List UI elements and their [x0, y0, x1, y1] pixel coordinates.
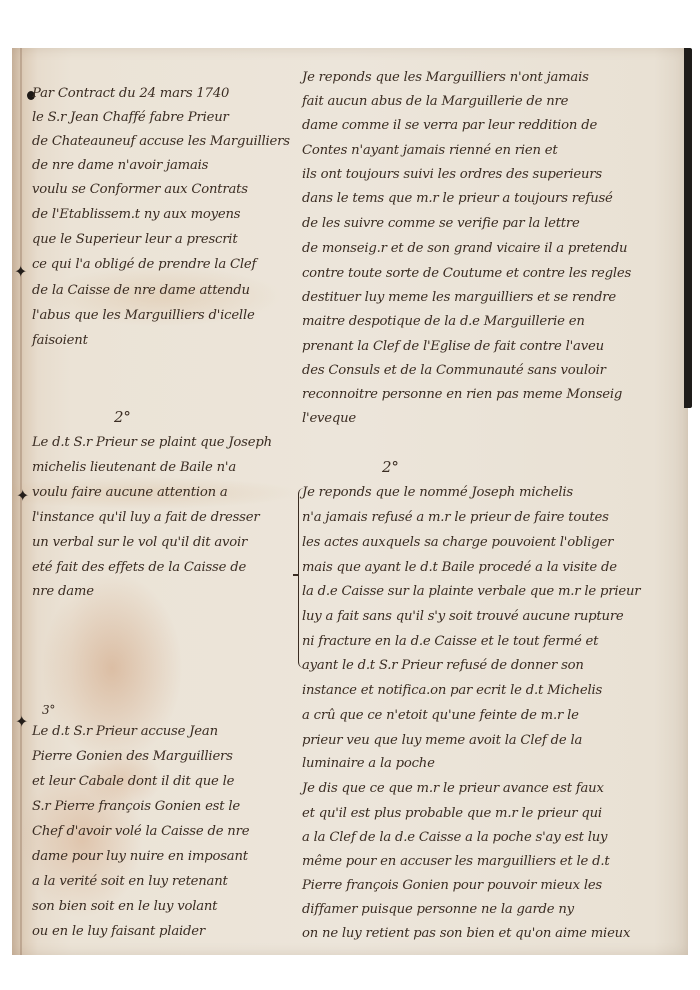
- right-s1-line-14: reconnoitre personne en rien pas meme Mo…: [302, 387, 622, 402]
- left-s1-line-8: ce qui l'a obligé de prendre la Clef: [32, 257, 256, 272]
- line-text: a la verité soit en luy retenant: [32, 874, 228, 889]
- left-s2-line-1: Le d.t S.r Prieur se plaint que Joseph: [32, 435, 272, 450]
- manuscript-page: ✦ ✦ ✦ Par Contract du 24 mars 1740 le S.…: [12, 48, 688, 955]
- left-s3-line-1: Le d.t S.r Prieur accuse Jean: [32, 724, 218, 739]
- left-s1-line-5: voulu se Conformer aux Contrats: [32, 182, 248, 197]
- line-text: a crû que ce n'etoit qu'une feinte de m.…: [302, 708, 579, 723]
- section-number: 3°: [42, 703, 55, 717]
- left-s1-line-1: Par Contract du 24 mars 1740: [32, 86, 229, 101]
- line-text: fait aucun abus de la Marguillerie de nr…: [302, 94, 568, 109]
- right-s3-line-6: diffamer puisque personne ne la garde ny: [302, 902, 574, 917]
- line-text: dans le tems que m.r le prieur a toujour…: [302, 191, 613, 206]
- line-text: même pour en accuser les marguilliers et…: [302, 854, 609, 869]
- pin-mark-icon: ✦: [16, 490, 28, 502]
- line-text: nre dame: [32, 584, 94, 599]
- line-text: a la Clef de la d.e Caisse a la poche s'…: [302, 830, 607, 845]
- right-s3-line-3: a la Clef de la d.e Caisse a la poche s'…: [302, 830, 607, 845]
- left-s3-line-7: a la verité soit en luy retenant: [32, 874, 228, 889]
- line-text: dame comme il se verra par leur redditio…: [302, 118, 597, 133]
- line-text: le S.r Jean Chaffé fabre Prieur: [32, 110, 229, 125]
- right-s1-line-2: fait aucun abus de la Marguillerie de nr…: [302, 94, 568, 109]
- right-s3-line-4: même pour en accuser les marguilliers et…: [302, 854, 609, 869]
- left-s3-line-9: ou en le luy faisant plaider: [32, 924, 205, 939]
- line-text: ou en le luy faisant plaider: [32, 924, 205, 939]
- line-text: les actes auxquels sa charge pouvoient l…: [302, 535, 613, 550]
- left-s1-line-11: faisoient: [32, 333, 88, 348]
- right-s3-line-7: on ne luy retient pas son bien et qu'on …: [302, 926, 630, 941]
- line-text: maitre despotique de la d.e Marguillerie…: [302, 314, 585, 329]
- left-s3-line-8: son bien soit en le luy volant: [32, 899, 217, 914]
- line-text: Je dis que ce que m.r le prieur avance e…: [302, 781, 604, 796]
- left-s2-line-6: eté fait des effets de la Caisse de: [32, 560, 246, 575]
- line-text: voulu se Conformer aux Contrats: [32, 182, 248, 197]
- right-s1-line-4: Contes n'ayant jamais rienné en rien et: [302, 143, 557, 158]
- line-text: ni fracture en la d.e Caisse et le tout …: [302, 634, 598, 649]
- right-s2-line-11: prieur veu que luy meme avoit la Clef de…: [302, 733, 582, 748]
- right-s1-line-9: contre toute sorte de Coutume et contre …: [302, 266, 631, 281]
- right-s2-line-4: mais que ayant le d.t Baile procedé a la…: [302, 560, 617, 575]
- left-s2-line-4: l'instance qu'il luy a fait de dresser: [32, 510, 259, 525]
- line-text: Contes n'ayant jamais rienné en rien et: [302, 143, 557, 158]
- right-s2-line-8: ayant le d.t S.r Prieur refusé de donner…: [302, 658, 584, 673]
- line-text: Je reponds que le nommé Joseph michelis: [302, 485, 573, 500]
- line-text: ayant le d.t S.r Prieur refusé de donner…: [302, 658, 584, 673]
- line-text: prenant la Clef de l'Eglise de fait cont…: [302, 339, 604, 354]
- right-s2-line-5: la d.e Caisse sur la plainte verbale que…: [302, 584, 640, 599]
- line-text: luminaire a la poche: [302, 756, 435, 771]
- line-text: de l'Etablissem.t ny aux moyens: [32, 207, 240, 222]
- left-s1-line-3: de Chateauneuf accuse les Marguilliers: [32, 134, 290, 149]
- line-text: S.r Pierre françois Gonien est le: [32, 799, 240, 814]
- right-s2-line-12: luminaire a la poche: [302, 756, 435, 771]
- line-text: faisoient: [32, 333, 88, 348]
- left-s3-line-2: Pierre Gonien des Marguilliers: [32, 749, 233, 764]
- line-text: de monseig.r et de son grand vicaire il …: [302, 241, 627, 256]
- line-text: Le d.t S.r Prieur accuse Jean: [32, 724, 218, 739]
- line-text: voulu faire aucune attention a: [32, 485, 228, 500]
- left-s3-line-3: et leur Cabale dont il dit que le: [32, 774, 234, 789]
- section-number: 2°: [114, 408, 131, 426]
- right-s1-line-8: de monseig.r et de son grand vicaire il …: [302, 241, 627, 256]
- line-text: diffamer puisque personne ne la garde ny: [302, 902, 574, 917]
- line-text: destituer luy meme les marguilliers et s…: [302, 290, 616, 305]
- line-text: Pierre Gonien des Marguilliers: [32, 749, 233, 764]
- left-s1-line-9: de la Caisse de nre dame attendu: [32, 283, 250, 298]
- line-text: reconnoitre personne en rien pas meme Mo…: [302, 387, 622, 402]
- right-s1-line-1: Je reponds que les Marguilliers n'ont ja…: [302, 70, 589, 85]
- line-text: mais que ayant le d.t Baile procedé a la…: [302, 560, 617, 575]
- line-text: et leur Cabale dont il dit que le: [32, 774, 234, 789]
- right-s1-line-7: de les suivre comme se verifie par la le…: [302, 216, 580, 231]
- right-s1-line-10: destituer luy meme les marguilliers et s…: [302, 290, 616, 305]
- line-text: de les suivre comme se verifie par la le…: [302, 216, 580, 231]
- line-text: Par Contract du 24 mars 1740: [32, 86, 229, 101]
- left-s1-line-10: l'abus que les Marguilliers d'icelle: [32, 308, 255, 323]
- line-text: contre toute sorte de Coutume et contre …: [302, 266, 631, 281]
- right-s2-line-10: a crû que ce n'etoit qu'une feinte de m.…: [302, 708, 579, 723]
- line-text: dame pour luy nuire en imposant: [32, 849, 248, 864]
- pin-mark-icon: ✦: [15, 716, 27, 728]
- line-text: ce qui l'a obligé de prendre la Clef: [32, 257, 256, 272]
- left-s2-line-5: un verbal sur le vol qu'il dit avoir: [32, 535, 247, 550]
- line-text: un verbal sur le vol qu'il dit avoir: [32, 535, 247, 550]
- right-s2-line-2: n'a jamais refusé a m.r le prieur de fai…: [302, 510, 609, 525]
- line-text: son bien soit en le luy volant: [32, 899, 217, 914]
- left-s1-line-4: de nre dame n'avoir jamais: [32, 158, 208, 173]
- line-text: la d.e Caisse sur la plainte verbale que…: [302, 584, 640, 599]
- right-s2-line-9: instance et notifica.on par ecrit le d.t…: [302, 683, 602, 698]
- page-shadow-edge: [684, 48, 692, 408]
- line-text: que le Superieur leur a prescrit: [32, 232, 237, 247]
- left-s1-line-6: de l'Etablissem.t ny aux moyens: [32, 207, 240, 222]
- right-s3-line-2: et qu'il est plus probable que m.r le pr…: [302, 806, 602, 821]
- line-text: n'a jamais refusé a m.r le prieur de fai…: [302, 510, 609, 525]
- left-s2-line-7: nre dame: [32, 584, 94, 599]
- right-s2-line-6: luy a fait sans qu'il s'y soit trouvé au…: [302, 609, 624, 624]
- line-text: Le d.t S.r Prieur se plaint que Joseph: [32, 435, 272, 450]
- left-s3-line-4: S.r Pierre françois Gonien est le: [32, 799, 240, 814]
- right-s3-line-5: Pierre françois Gonien pour pouvoir mieu…: [302, 878, 602, 893]
- line-text: de Chateauneuf accuse les Marguilliers: [32, 134, 290, 149]
- line-text: l'abus que les Marguilliers d'icelle: [32, 308, 255, 323]
- left-s3-line-6: dame pour luy nuire en imposant: [32, 849, 248, 864]
- left-s2-line-2: michelis lieutenant de Baile n'a: [32, 460, 236, 475]
- right-s2-line-3: les actes auxquels sa charge pouvoient l…: [302, 535, 613, 550]
- left-s3-line-5: Chef d'avoir volé la Caisse de nre: [32, 824, 249, 839]
- line-text: michelis lieutenant de Baile n'a: [32, 460, 236, 475]
- line-text: eté fait des effets de la Caisse de: [32, 560, 246, 575]
- right-s1-line-6: dans le tems que m.r le prieur a toujour…: [302, 191, 613, 206]
- line-text: luy a fait sans qu'il s'y soit trouvé au…: [302, 609, 624, 624]
- left-s2-line-3: voulu faire aucune attention a: [32, 485, 228, 500]
- right-s1-line-3: dame comme il se verra par leur redditio…: [302, 118, 597, 133]
- right-s2-line-1: Je reponds que le nommé Joseph michelis: [302, 485, 573, 500]
- line-text: Pierre françois Gonien pour pouvoir mieu…: [302, 878, 602, 893]
- line-text: l'eveque: [302, 411, 356, 426]
- line-text: prieur veu que luy meme avoit la Clef de…: [302, 733, 582, 748]
- line-text: des Consuls et de la Communauté sans vou…: [302, 363, 606, 378]
- line-text: de nre dame n'avoir jamais: [32, 158, 208, 173]
- pin-mark-icon: ✦: [14, 266, 26, 278]
- line-text: et qu'il est plus probable que m.r le pr…: [302, 806, 602, 821]
- line-text: de la Caisse de nre dame attendu: [32, 283, 250, 298]
- right-s3-line-1: Je dis que ce que m.r le prieur avance e…: [302, 781, 604, 796]
- line-text: instance et notifica.on par ecrit le d.t…: [302, 683, 602, 698]
- line-text: Je reponds que les Marguilliers n'ont ja…: [302, 70, 589, 85]
- left-s1-line-2: le S.r Jean Chaffé fabre Prieur: [32, 110, 229, 125]
- right-s1-line-11: maitre despotique de la d.e Marguillerie…: [302, 314, 585, 329]
- right-s1-line-12: prenant la Clef de l'Eglise de fait cont…: [302, 339, 604, 354]
- line-text: Chef d'avoir volé la Caisse de nre: [32, 824, 249, 839]
- line-text: on ne luy retient pas son bien et qu'on …: [302, 926, 630, 941]
- right-s1-line-13: des Consuls et de la Communauté sans vou…: [302, 363, 606, 378]
- right-s1-line-15: l'eveque: [302, 411, 356, 426]
- line-text: ils ont toujours suivi les ordres des su…: [302, 167, 602, 182]
- left-s1-line-7: que le Superieur leur a prescrit: [32, 232, 237, 247]
- right-s2-line-7: ni fracture en la d.e Caisse et le tout …: [302, 634, 598, 649]
- section-number: 2°: [382, 458, 399, 476]
- right-s1-line-5: ils ont toujours suivi les ordres des su…: [302, 167, 602, 182]
- line-text: l'instance qu'il luy a fait de dresser: [32, 510, 259, 525]
